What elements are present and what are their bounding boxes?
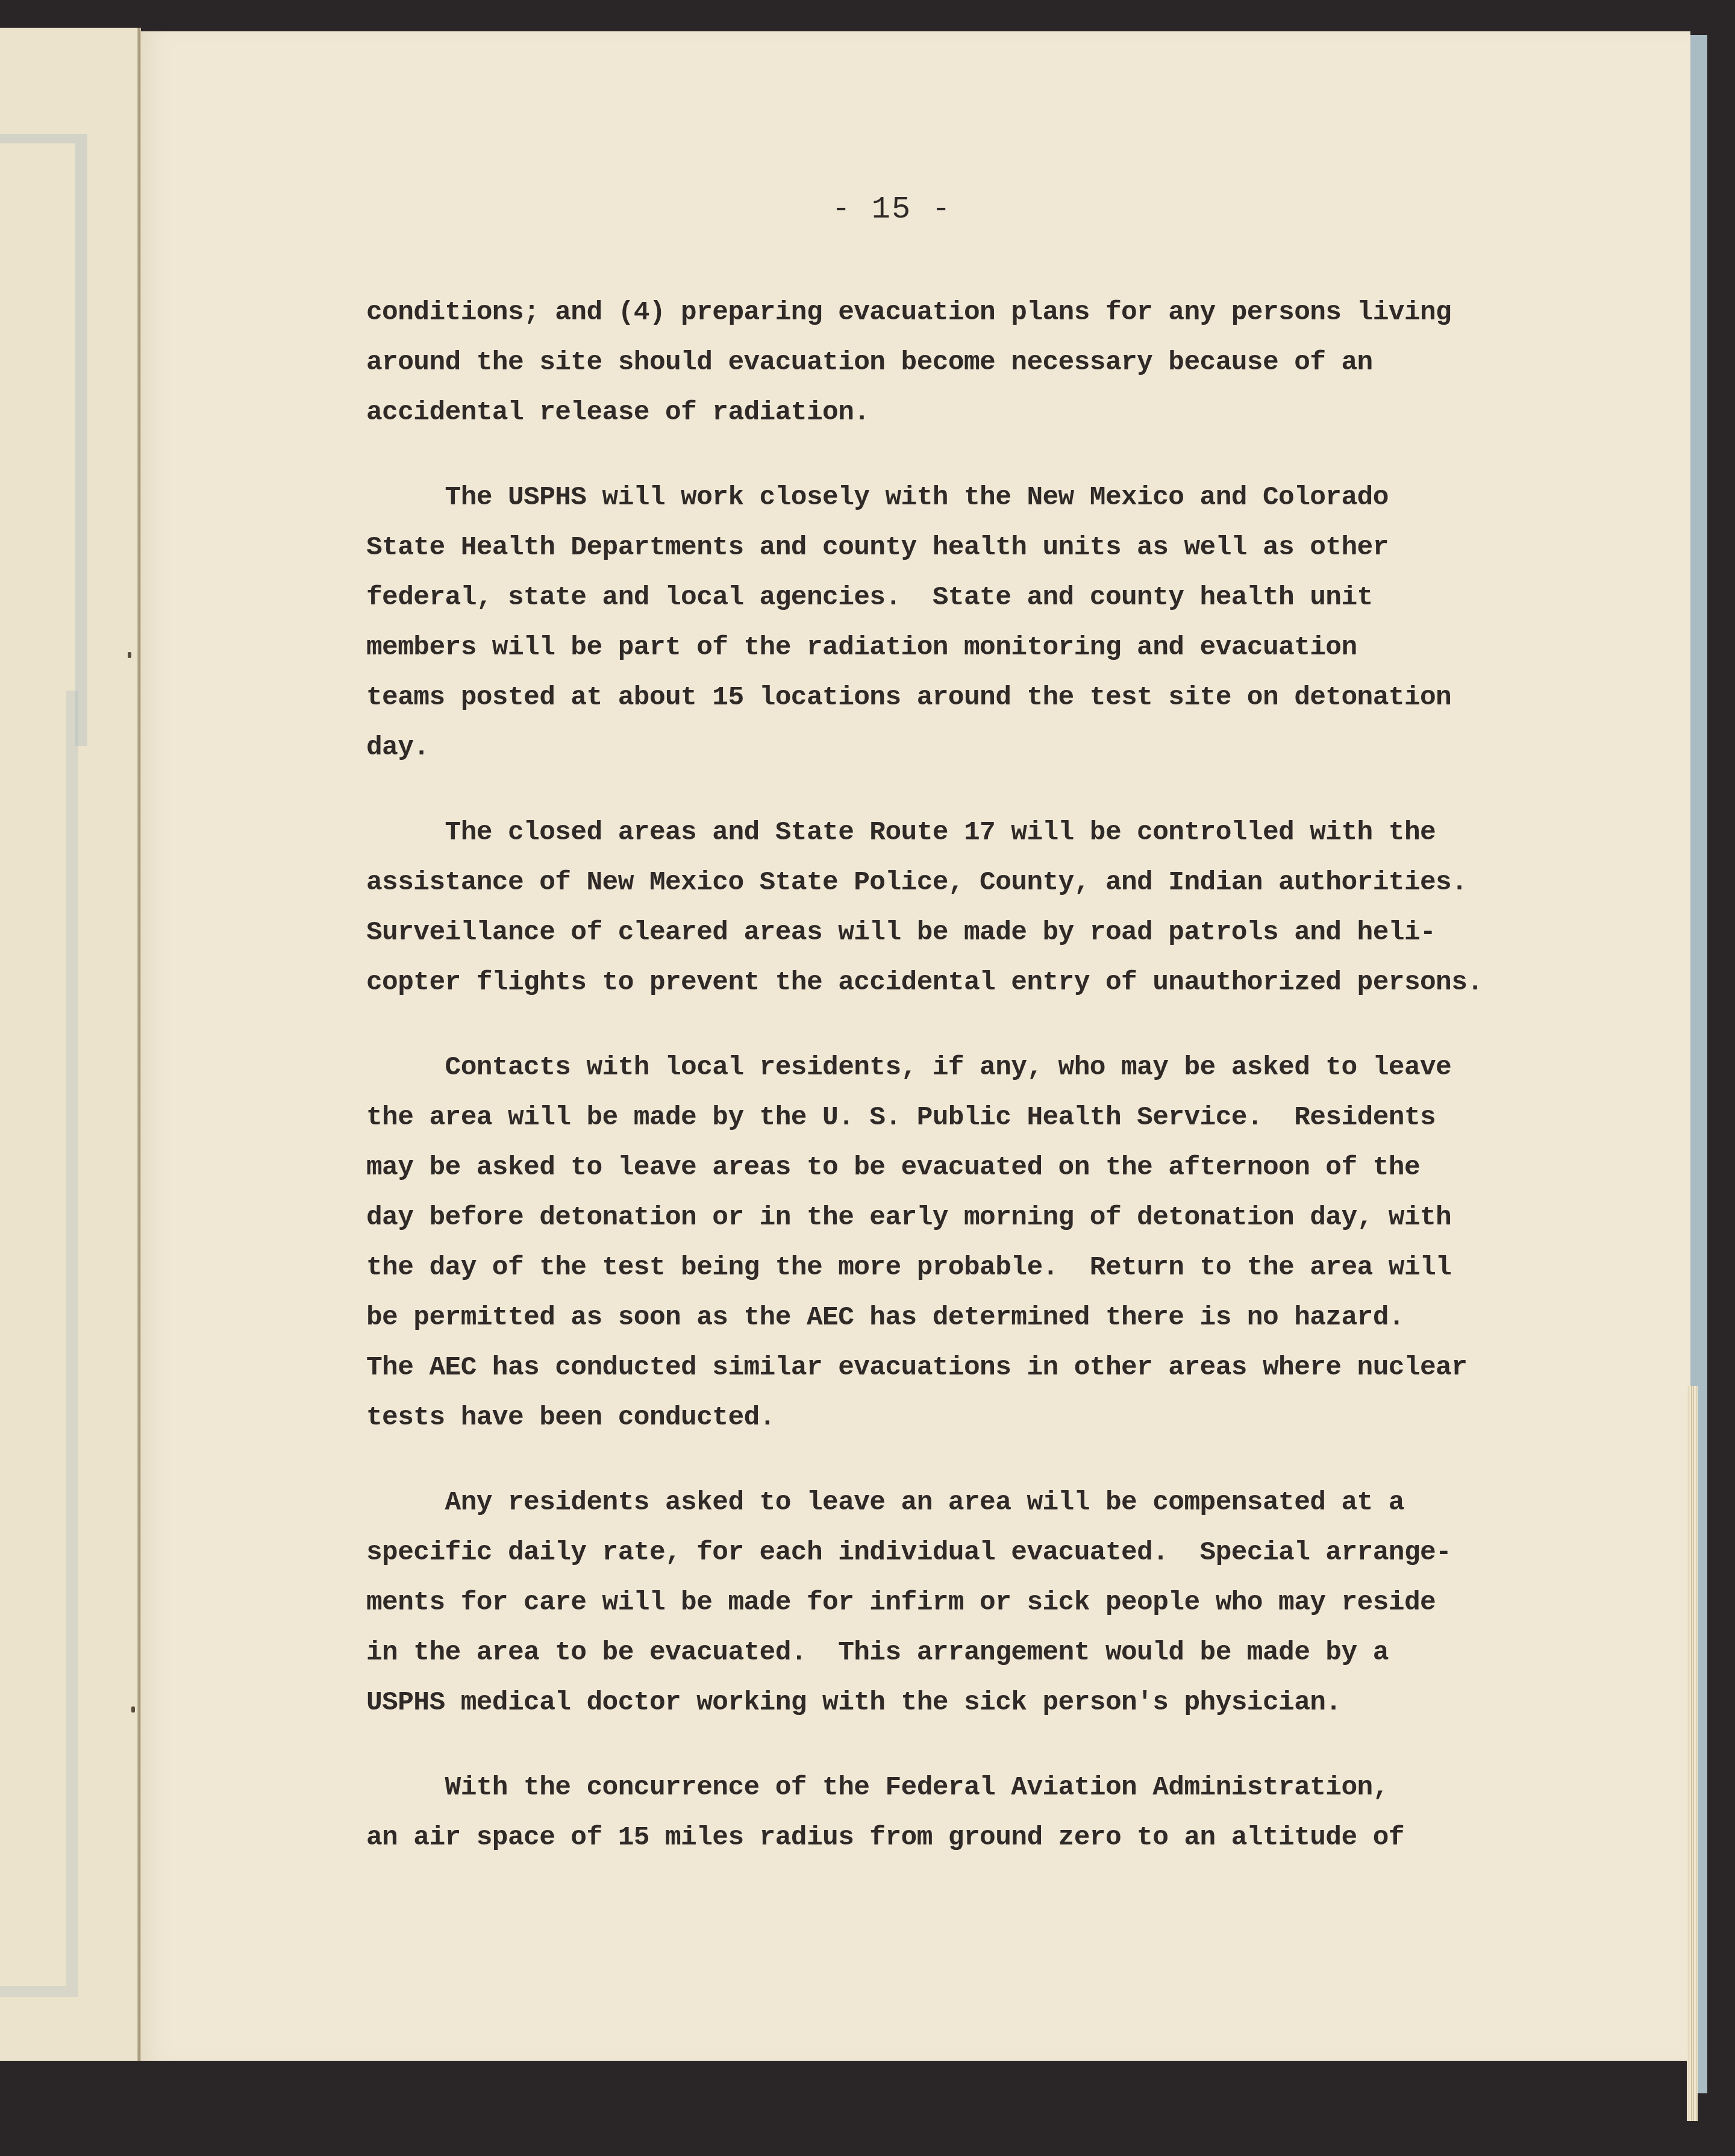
text-line: Any residents asked to leave an area wil…	[366, 1478, 1595, 1528]
text-line: teams posted at about 15 locations aroun…	[366, 673, 1595, 723]
text-line: an air space of 15 miles radius from gro…	[366, 1813, 1595, 1863]
text-line: members will be part of the radiation mo…	[366, 623, 1595, 673]
text-line: in the area to be evacuated. This arrang…	[366, 1628, 1595, 1678]
paragraph-2: The USPHS will work closely with the New…	[366, 473, 1595, 773]
text-line: may be asked to leave areas to be evacua…	[366, 1143, 1595, 1193]
text-line: Contacts with local residents, if any, w…	[366, 1043, 1595, 1093]
text-line: The USPHS will work closely with the New…	[366, 473, 1595, 523]
paper-blemish	[131, 1706, 135, 1713]
text-line: The closed areas and State Route 17 will…	[366, 808, 1595, 858]
paper-blemish	[128, 652, 131, 658]
text-line: USPHS medical doctor working with the si…	[366, 1678, 1595, 1728]
paragraph-5: Any residents asked to leave an area wil…	[366, 1478, 1595, 1728]
page-number: - 15 -	[0, 192, 1735, 227]
paragraph-4: Contacts with local residents, if any, w…	[366, 1043, 1595, 1443]
text-line: accidental release of radiation.	[366, 388, 1595, 438]
left-page-edge	[0, 28, 141, 2061]
text-line: copter flights to prevent the accidental…	[366, 958, 1595, 1008]
text-line: the area will be made by the U. S. Publi…	[366, 1093, 1595, 1143]
text-line: day.	[366, 723, 1595, 773]
text-line: around the site should evacuation become…	[366, 338, 1595, 388]
show-through-frame-lower	[0, 691, 78, 1997]
body-text: conditions; and (4) preparing evacuation…	[366, 288, 1595, 1898]
paragraph-1: conditions; and (4) preparing evacuation…	[366, 288, 1595, 438]
paragraph-6: With the concurrence of the Federal Avia…	[366, 1763, 1595, 1863]
text-line: federal, state and local agencies. State…	[366, 573, 1595, 623]
text-line: assistance of New Mexico State Police, C…	[366, 858, 1595, 908]
text-line: tests have been conducted.	[366, 1393, 1595, 1443]
text-line: specific daily rate, for each individual…	[366, 1528, 1595, 1578]
text-line: conditions; and (4) preparing evacuation…	[366, 288, 1595, 338]
text-line: With the concurrence of the Federal Avia…	[366, 1763, 1595, 1813]
text-line: ments for care will be made for infirm o…	[366, 1578, 1595, 1628]
text-line: be permitted as soon as the AEC has dete…	[366, 1293, 1595, 1343]
text-line: The AEC has conducted similar evacuation…	[366, 1343, 1595, 1393]
text-line: day before detonation or in the early mo…	[366, 1193, 1595, 1243]
text-line: the day of the test being the more proba…	[366, 1243, 1595, 1293]
text-line: State Health Departments and county heal…	[366, 523, 1595, 573]
text-line: Surveillance of cleared areas will be ma…	[366, 908, 1595, 958]
page-stack-edges	[1687, 1386, 1698, 2121]
paragraph-3: The closed areas and State Route 17 will…	[366, 808, 1595, 1008]
